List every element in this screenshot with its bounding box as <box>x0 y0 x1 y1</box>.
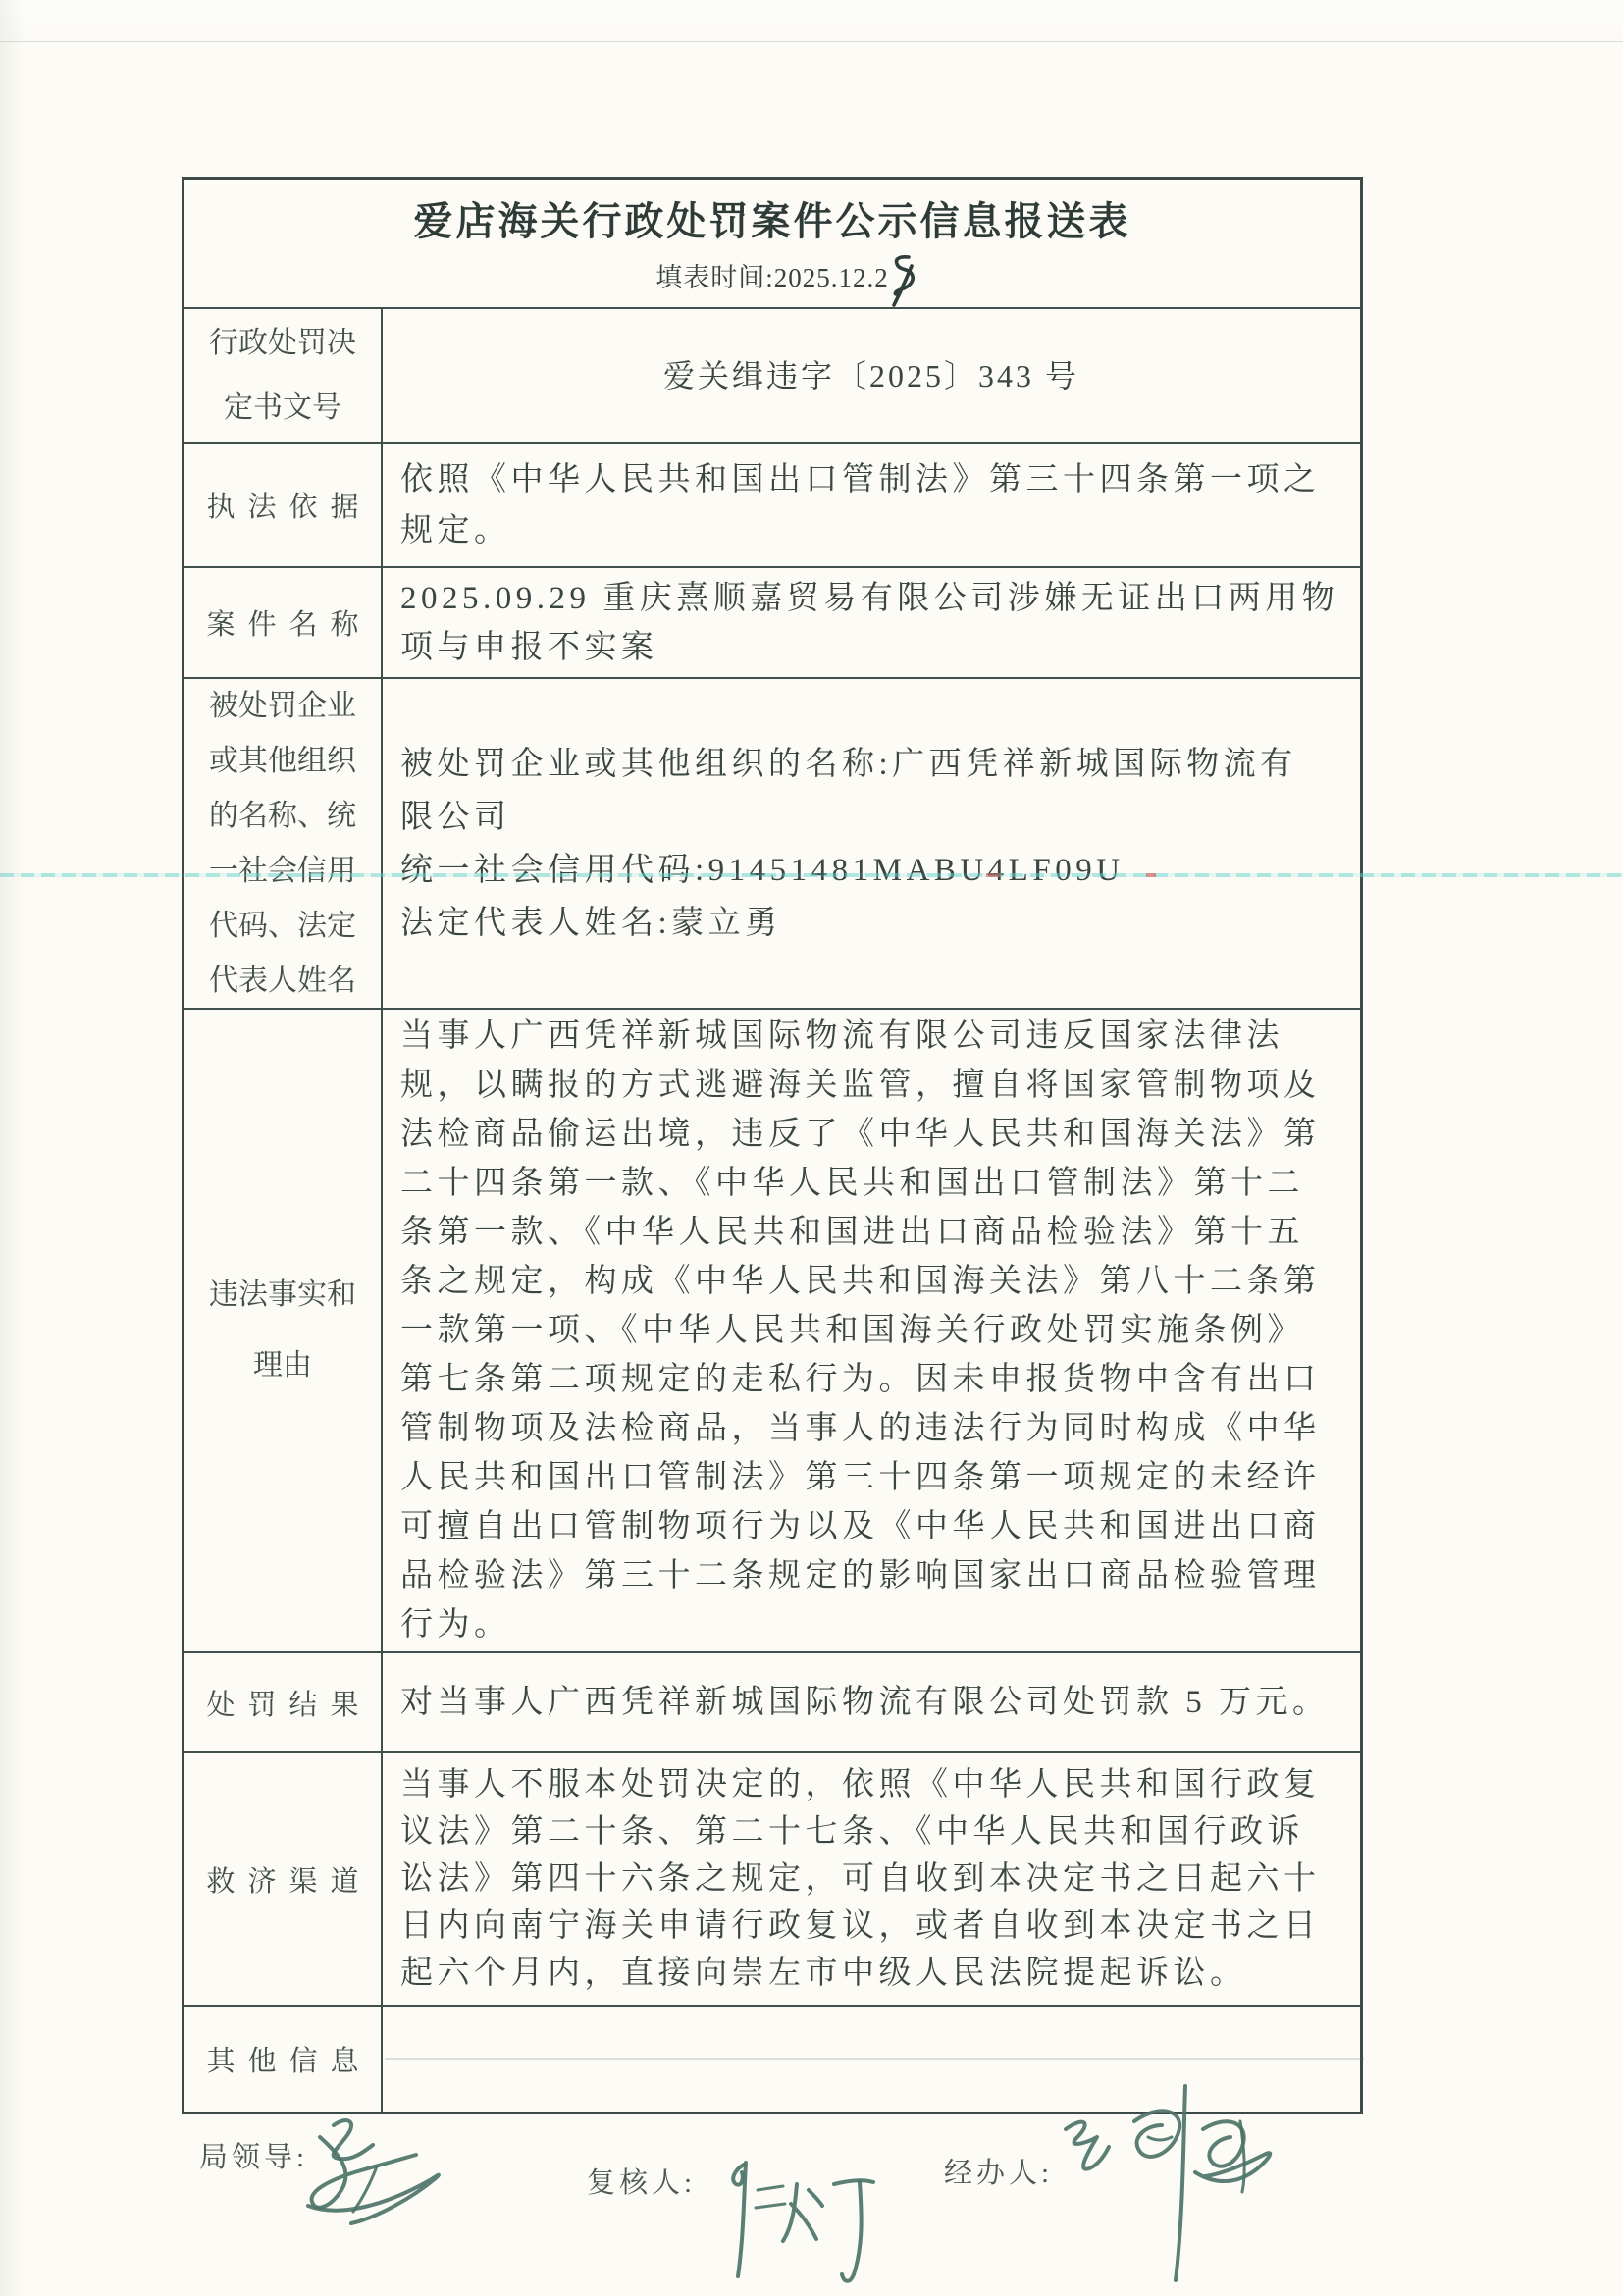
label-other-info: 其他信息 <box>184 2007 383 2112</box>
fill-date: 填表时间:2025.12.2 <box>655 256 889 294</box>
row-case-name: 案件名称 2025.09.29 重庆熹顺嘉贸易有限公司涉嫌无证出口两用物 项与申… <box>184 566 1360 677</box>
handwritten-date-digit <box>885 252 922 309</box>
row-penalty-result: 处罚结果 对当事人广西凭祥新城国际物流有限公司处罚款 5 万元。 <box>184 1651 1360 1751</box>
label-illegal-facts: 违法事实和 理由 <box>184 1010 383 1651</box>
scan-artifact-faint-line <box>385 2058 1364 2060</box>
label-case-name: 案件名称 <box>184 568 383 677</box>
value-remedy-channels: 当事人不服本处罚决定的，依照《中华人民共和国行政复 议法》第二十条、第二十七条、… <box>383 1753 1360 2005</box>
row-decision-number: 行政处罚决 定书文号 爱关缉违字〔2025〕343 号 <box>184 307 1360 442</box>
value-illegal-facts: 当事人广西凭祥新城国际物流有限公司违反国家法律法 规，以瞒报的方式逃避海关监管，… <box>383 1010 1360 1651</box>
value-penalty-result: 对当事人广西凭祥新城国际物流有限公司处罚款 5 万元。 <box>383 1653 1360 1751</box>
document-title: 爱店海关行政处罚案件公示信息报送表 <box>184 199 1360 244</box>
penalty-disclosure-form-table: 爱店海关行政处罚案件公示信息报送表 填表时间:2025.12.2 行政处罚决 定… <box>182 177 1363 2114</box>
row-illegal-facts: 违法事实和 理由 当事人广西凭祥新城国际物流有限公司违反国家法律法 规，以瞒报的… <box>184 1008 1360 1651</box>
form-title-cell: 爱店海关行政处罚案件公示信息报送表 填表时间:2025.12.2 <box>184 180 1360 307</box>
row-remedy-channels: 救济渠道 当事人不服本处罚决定的，依照《中华人民共和国行政复 议法》第二十条、第… <box>184 1751 1360 2005</box>
bureau-leader-signature <box>283 2108 464 2230</box>
label-punished-enterprise: 被处罚企业 或其他组织 的名称、统 一社会信用 代码、法定 代表人姓名 <box>184 679 383 1008</box>
handler-label: 经办人: <box>944 2151 1053 2191</box>
paper-left-shadow <box>0 0 26 2296</box>
fill-date-text: 填表时间:2025.12.2 <box>655 263 889 292</box>
label-decision-number: 行政处罚决 定书文号 <box>184 309 383 442</box>
paper-fold-edge <box>0 0 1623 42</box>
value-decision-number: 爱关缉违字〔2025〕343 号 <box>383 309 1360 442</box>
row-punished-enterprise: 被处罚企业 或其他组织 的名称、统 一社会信用 代码、法定 代表人姓名 被处罚企… <box>184 677 1360 1008</box>
scan-artifact-red-speck <box>1146 873 1156 877</box>
value-case-name: 2025.09.29 重庆熹顺嘉贸易有限公司涉嫌无证出口两用物 项与申报不实案 <box>383 568 1360 677</box>
label-remedy-channels: 救济渠道 <box>184 1753 383 2005</box>
value-punished-enterprise: 被处罚企业或其他组织的名称:广西凭祥新城国际物流有 限公司 统一社会信用代码:9… <box>383 679 1360 1008</box>
scan-artifact-red-speck <box>986 873 1000 877</box>
label-enforcement-basis: 执法依据 <box>184 444 383 566</box>
value-enforcement-basis: 依照《中华人民共和国出口管制法》第三十四条第一项之 规定。 <box>383 444 1360 566</box>
handler-signature <box>1048 2078 1279 2294</box>
label-penalty-result: 处罚结果 <box>184 1653 383 1751</box>
reviewer-label: 复核人: <box>587 2161 696 2201</box>
row-enforcement-basis: 执法依据 依照《中华人民共和国出口管制法》第三十四条第一项之 规定。 <box>184 442 1360 566</box>
scan-artifact-cyan-line <box>0 873 1623 877</box>
scanned-document-page: { "page": { "title": "爱店海关行政处罚案件公示信息报送表"… <box>0 0 1623 2296</box>
reviewer-signature <box>714 2151 886 2296</box>
